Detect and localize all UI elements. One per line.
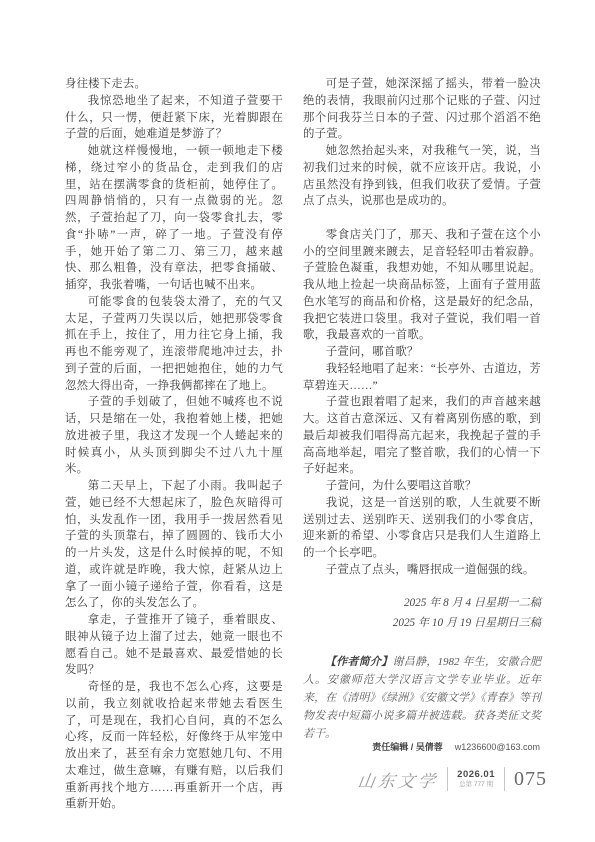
paragraph: 她就这样慢慢地，一顿一顿地走下楼梯，绕过窄小的货品仓，走到我们的店里，站在摆满零… — [65, 143, 283, 294]
text-columns: 身往楼下走去。我惊恐地坐了起来，不知道子萱要干什么，只一愣，便赶紧下床，光着脚跟… — [65, 76, 541, 813]
author-bio-text: 谢昌静，1982 年生，安徽合肥人。安徽师范大学汉语言文学专业毕业。近年来，在《… — [303, 656, 541, 740]
paragraph: 我惊恐地坐了起来，不知道子萱要干什么，只一愣，便赶紧下床，光着脚跟在子萱的后面，… — [65, 93, 283, 143]
editor-name: 责任编辑 / 吴倩蓉 — [372, 742, 443, 752]
left-column: 身往楼下走去。我惊恐地坐了起来，不知道子萱要干什么，只一愣，便赶紧下床，光着脚跟… — [65, 76, 283, 813]
paragraph: 第二天早上，下起了小雨。我叫起子萱，她已经不大想起床了，脸色灰暗得可怕，头发乱作… — [65, 478, 283, 612]
author-bio: 【作者简介】谢昌静，1982 年生，安徽合肥人。安徽师范大学汉语言文学专业毕业。… — [303, 653, 541, 743]
paragraph: 她忽然抬起头来，对我稚气一笑，说，当初我们过来的时候，就不应该开店。我说，小店虽… — [303, 143, 541, 210]
paragraph: 子萱也跟着唱了起来，我们的声音越来越大。这首古意深远、又有着离别伤感的歌，到最后… — [303, 394, 541, 478]
magazine-page: 身往楼下走去。我惊恐地坐了起来，不知道子萱要干什么，只一愣，便赶紧下床，光着脚跟… — [0, 0, 595, 842]
paragraph: 子萱问，为什么要唱这首歌？ — [303, 478, 541, 495]
author-bio-label: 【作者简介】 — [325, 656, 393, 668]
draft-date-third: 2025 年 10 月 19 日星期日三稿 — [303, 613, 541, 633]
draft-dates: 2025 年 8 月 4 日星期一二稿 2025 年 10 月 19 日星期日三… — [303, 593, 541, 633]
magazine-footer: 山东文学 2026.01 总第 777 期 075 — [358, 763, 547, 795]
paragraph: 子萱点了点头，嘴唇抿成一道倔强的线。 — [303, 562, 541, 579]
issue-total-number: 总第 777 期 — [459, 781, 493, 788]
paragraph: 奇怪的是，我也不怎么心疼，这要是以前，我立刻就收拾起来带她去看医生了，可是现在，… — [65, 679, 283, 813]
paragraph: 可是子萱，她深深摇了摇头，带着一脸决绝的表情，我眼前闪过那个记账的子萱、闪过那个… — [303, 76, 541, 143]
paragraph: 零食店关门了，那天、我和子萱在这个小小的空间里踱来踱去，足音轻轻叩击着寂静。子萱… — [303, 227, 541, 344]
magazine-logo: 山东文学 — [356, 767, 440, 792]
paragraph: 我轻轻地唱了起来：“长亭外、古道边，芳草碧连天……” — [303, 361, 541, 395]
right-column-paragraphs: 可是子萱，她深深摇了摇头，带着一脸决绝的表情，我眼前闪过那个记账的子萱、闪过那个… — [303, 76, 541, 579]
editor-email: w1236600@163.com — [455, 742, 540, 752]
right-column: 可是子萱，她深深摇了摇头，带着一脸决绝的表情，我眼前闪过那个记账的子萱、闪过那个… — [303, 76, 541, 813]
draft-date-second: 2025 年 8 月 4 日星期一二稿 — [303, 593, 541, 613]
issue-block: 2026.01 总第 777 期 — [457, 770, 495, 789]
paragraph: 可能零食的包装袋太滑了，充的气又太足，子萱两刀失误以后，她把那袋零食抓在手上，按… — [65, 294, 283, 395]
issue-date: 2026.01 — [457, 770, 495, 780]
paragraph: 身往楼下走去。 — [65, 76, 283, 93]
footer-divider — [447, 767, 448, 791]
paragraph: 子萱的手划破了，但她不喊疼也不说话，只是缩在一处，我抱着她上楼，把她放进被子里，… — [65, 394, 283, 478]
paragraph: 子萱问，哪首歌？ — [303, 344, 541, 361]
paragraph: 我说，这是一首送别的歌，人生就要不断送别过去、送别昨天、送别我们的小零食店，迎来… — [303, 495, 541, 562]
paragraph: 拿走，子萱推开了镜子，垂着眼皮、眼神从镜子边上溜了过去，她竟一眼也不愿看自己。她… — [65, 612, 283, 679]
editor-line: 责任编辑 / 吴倩蓉w1236600@163.com — [372, 740, 540, 753]
footer-divider — [504, 767, 505, 791]
page-number: 075 — [514, 768, 547, 791]
